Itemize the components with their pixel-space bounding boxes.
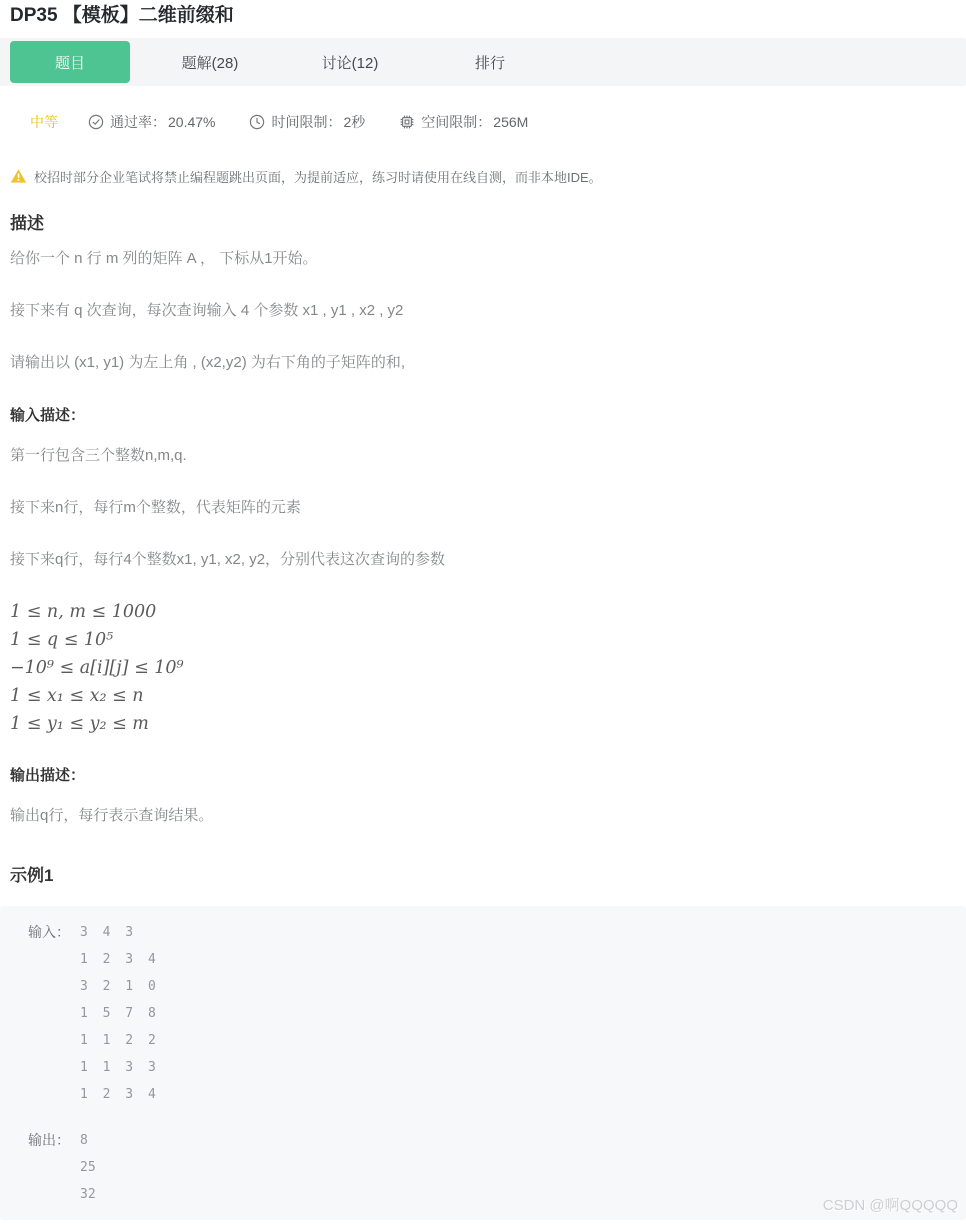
notice-text: 校招时部分企业笔试将禁止编程题跳出页面，为提前适应，练习时请使用在线自测，而非本… [34, 167, 602, 186]
example-block: 输入： 3 4 3 1 2 3 4 3 2 1 0 1 5 7 8 1 1 2 … [0, 906, 966, 1220]
example-input-line: 1 2 3 4 [80, 946, 946, 973]
tab-problem[interactable]: 题目 [10, 41, 130, 83]
description-paragraph: 请输出以 (x1, y1) 为左上角 , (x2,y2) 为右下角的子矩阵的和, [10, 352, 966, 373]
constraint-line: 1 ≤ n, m ≤ 1000 [10, 598, 966, 626]
clock-icon [249, 114, 271, 130]
example-input-line: 1 1 3 3 [80, 1054, 946, 1081]
csdn-watermark: CSDN @啊QQQQQ [823, 1194, 958, 1215]
tab-ranking[interactable]: 排行 [430, 41, 550, 83]
input-description-paragraph: 接下来n行，每行m个整数，代表矩阵的元素 [10, 497, 966, 518]
example-output-line: 8 [80, 1127, 946, 1154]
page-title: DP35 【模板】二维前缀和 [10, 4, 966, 28]
example-input-section: 输入： 3 4 3 1 2 3 4 3 2 1 0 1 5 7 8 1 1 2 … [28, 919, 946, 1108]
constraints-block: 1 ≤ n, m ≤ 1000 1 ≤ q ≤ 10⁵ −10⁹ ≤ a[i][… [10, 598, 966, 738]
problem-page: DP35 【模板】二维前缀和 题目 题解(28) 讨论(12) 排行 中等 通过… [0, 0, 966, 1225]
constraint-line: 1 ≤ x₁ ≤ x₂ ≤ n [10, 682, 966, 710]
input-description-heading: 输入描述： [10, 405, 966, 427]
input-description-paragraph: 第一行包含三个整数n,m,q. [10, 445, 966, 466]
description-heading: 描述 [10, 212, 966, 236]
meta-row: 中等 通过率： 20.47% 时间限制： 2秒 [30, 112, 966, 132]
notice-banner: 校招时部分企业笔试将禁止编程题跳出页面，为提前适应，练习时请使用在线自测，而非本… [10, 166, 966, 186]
constraint-line: −10⁹ ≤ a[i][j] ≤ 10⁹ [10, 654, 966, 682]
example-output-line: 32 [80, 1181, 946, 1208]
example-input-label: 输入： [28, 919, 80, 946]
constraint-line: 1 ≤ y₁ ≤ y₂ ≤ m [10, 710, 966, 738]
example-output-line: 25 [80, 1154, 946, 1181]
description-paragraph: 给你一个 n 行 m 列的矩阵 A ， 下标从1开始。 [10, 248, 966, 269]
chip-icon [399, 114, 421, 130]
example-output-label: 输出： [28, 1127, 80, 1154]
output-description-heading: 输出描述： [10, 765, 966, 787]
example-output-lines: 8 25 32 [80, 1127, 946, 1208]
example-input-line: 1 1 2 2 [80, 1027, 946, 1054]
check-circle-icon [88, 114, 110, 130]
memory-limit-label: 空间限制： [421, 112, 491, 132]
example-input-lines: 3 4 3 1 2 3 4 3 2 1 0 1 5 7 8 1 1 2 2 1 … [80, 919, 946, 1108]
example-output-section: 输出： 8 25 32 [28, 1127, 946, 1208]
example-input-line: 3 4 3 [80, 919, 946, 946]
time-limit-item: 时间限制： 2秒 [249, 112, 365, 132]
example-input-line: 1 2 3 4 [80, 1081, 946, 1108]
tab-solutions[interactable]: 题解(28) [150, 41, 270, 83]
time-limit-label: 时间限制： [271, 112, 341, 132]
difficulty-badge: 中等 [30, 112, 58, 132]
tab-bar: 题目 题解(28) 讨论(12) 排行 [0, 38, 966, 86]
tab-discussion[interactable]: 讨论(12) [290, 41, 410, 83]
pass-rate-label: 通过率： [110, 112, 166, 132]
output-description-paragraph: 输出q行，每行表示查询结果。 [10, 805, 966, 826]
memory-limit-item: 空间限制： 256M [399, 112, 528, 132]
example-heading: 示例1 [10, 864, 966, 888]
description-paragraph: 接下来有 q 次查询，每次查询输入 4 个参数 x1 , y1 , x2 , y… [10, 300, 966, 321]
example-input-line: 3 2 1 0 [80, 973, 946, 1000]
example-input-line: 1 5 7 8 [80, 1000, 946, 1027]
input-description-paragraph: 接下来q行，每行4个整数x1, y1, x2, y2，分别代表这次查询的参数 [10, 549, 966, 570]
time-limit-value: 2秒 [343, 112, 365, 132]
pass-rate-value: 20.47% [168, 114, 215, 130]
pass-rate-item: 通过率： 20.47% [88, 112, 215, 132]
memory-limit-value: 256M [493, 114, 528, 130]
constraint-line: 1 ≤ q ≤ 10⁵ [10, 626, 966, 654]
warning-icon [10, 168, 34, 184]
